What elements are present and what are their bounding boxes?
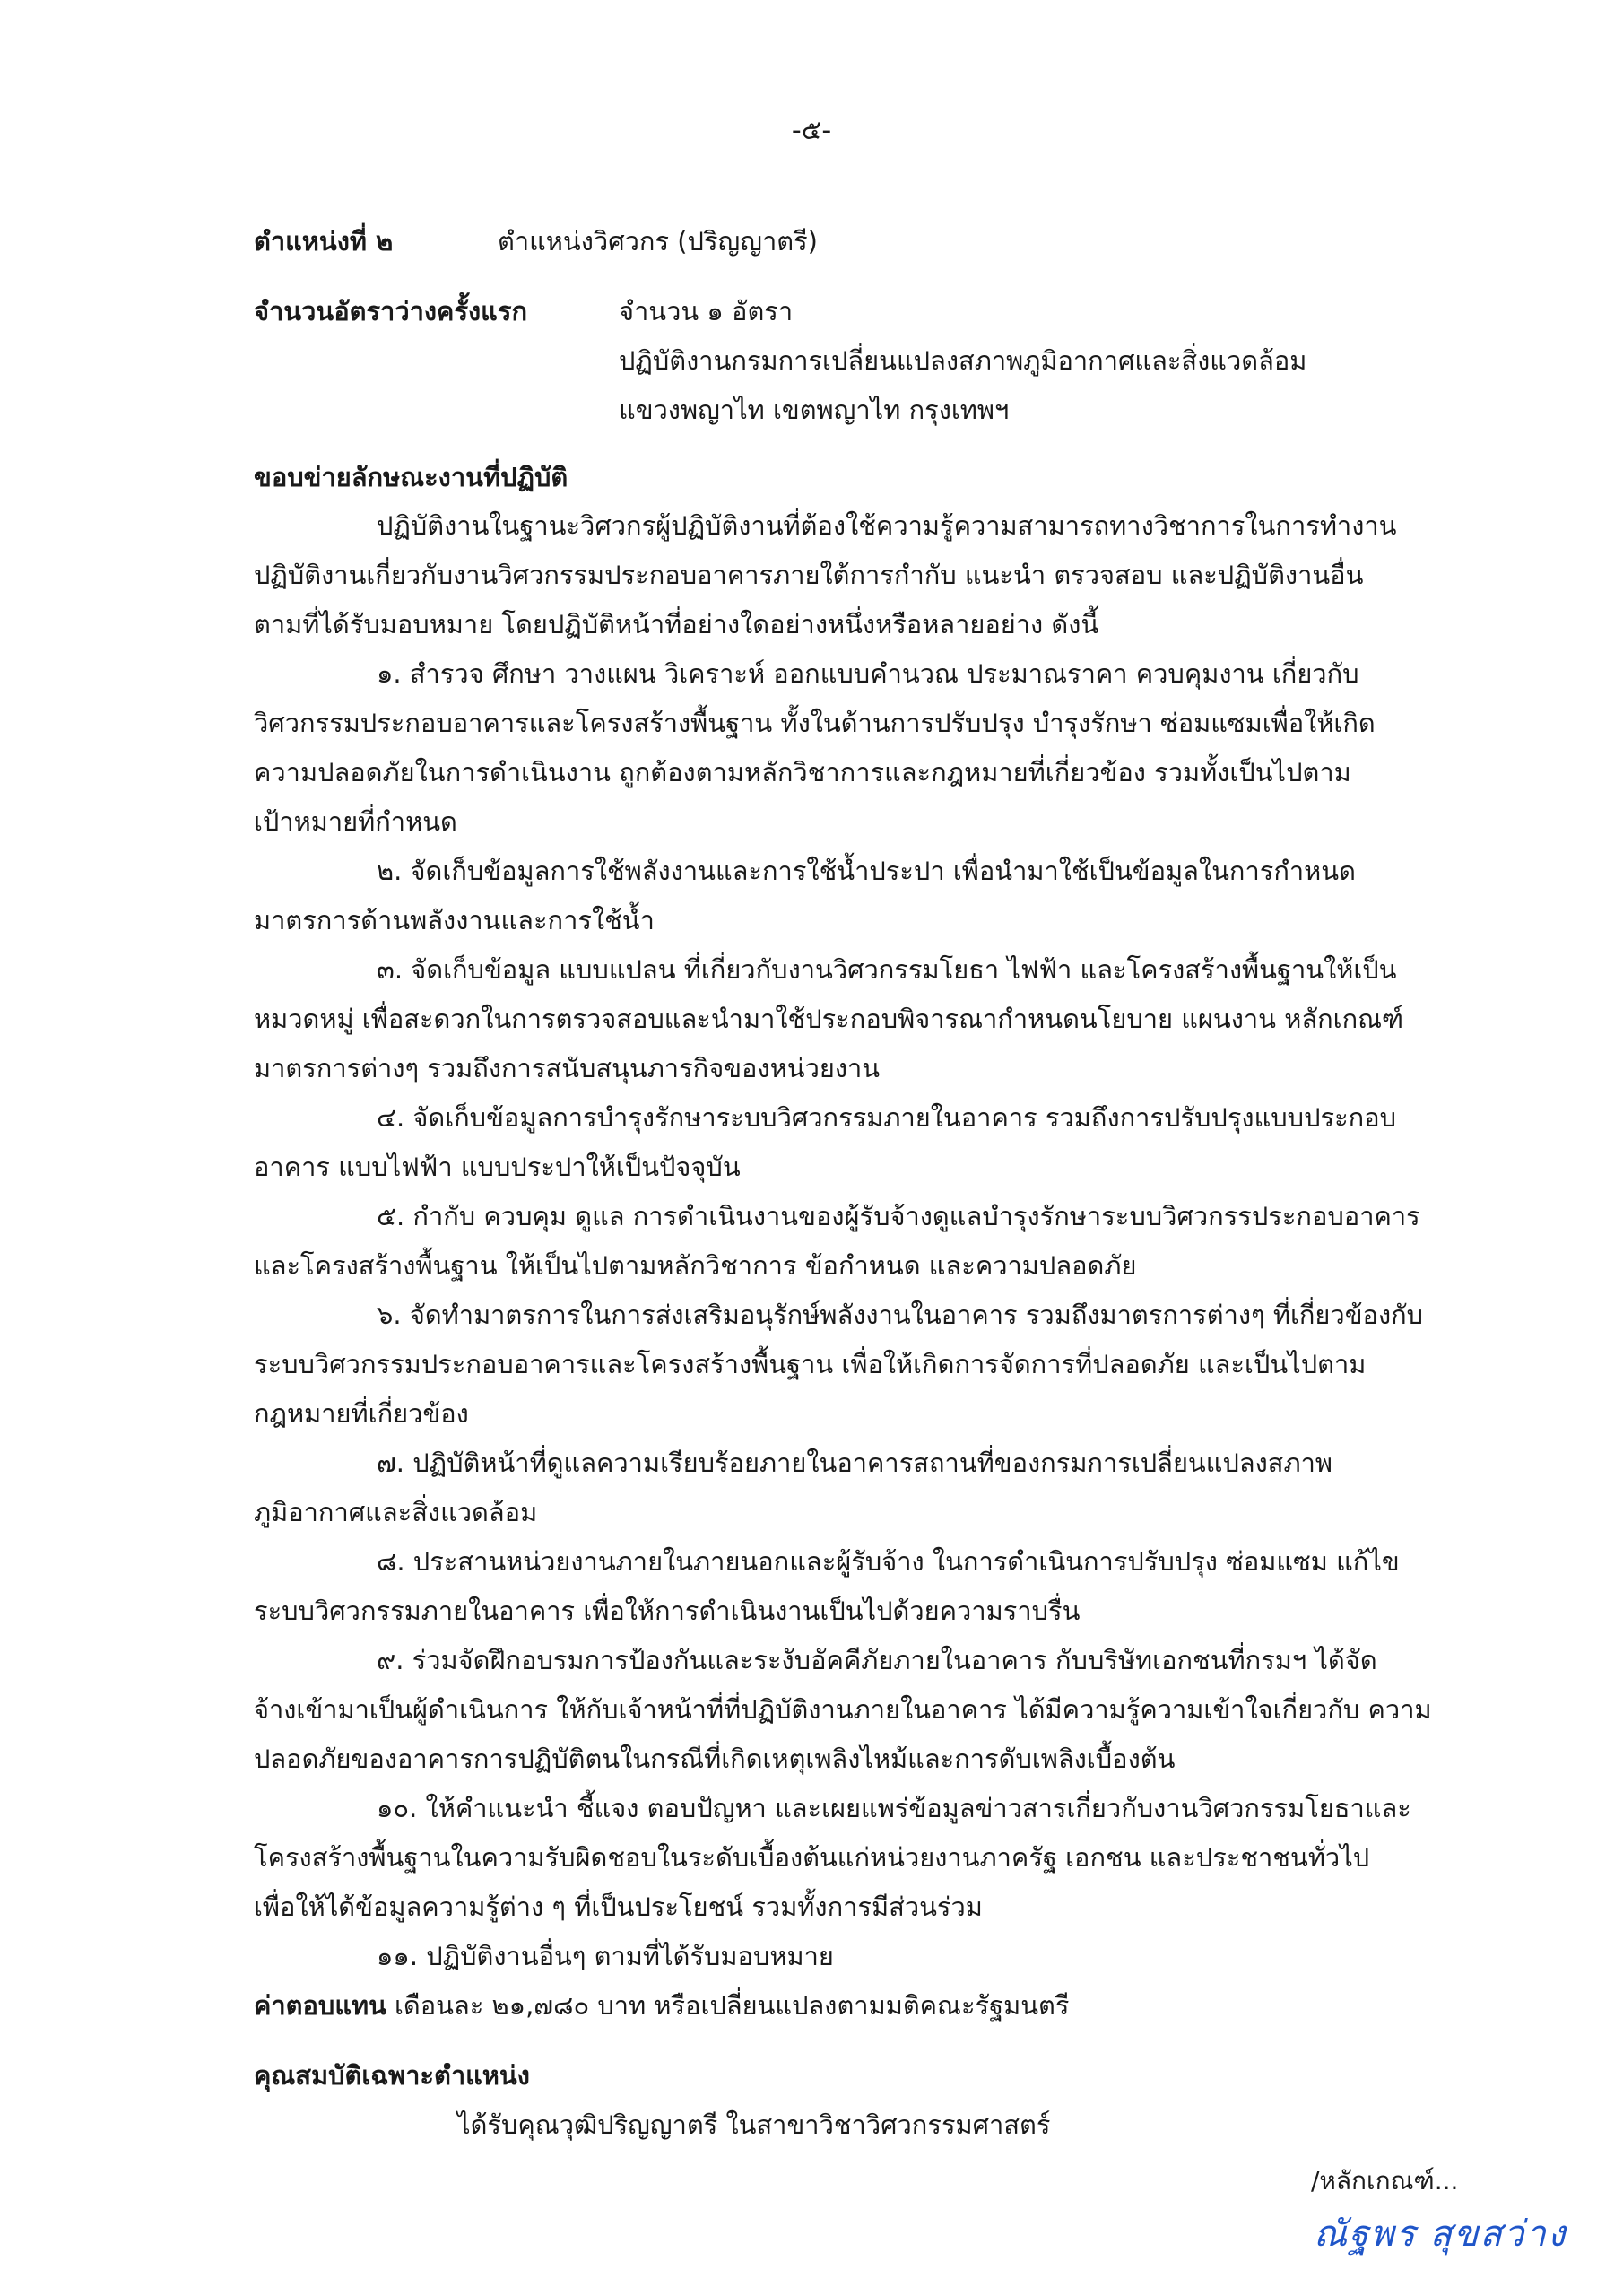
duties-heading: ขอบข่ายลักษณะงานที่ปฏิบัติ xyxy=(254,465,568,491)
qualifications-text: ได้รับคุณวุฒิปริญญาตรี ในสาขาวิชาวิศวกรร… xyxy=(457,2112,1050,2138)
vacancy-count: จำนวน ๑ อัตรา xyxy=(619,299,793,325)
duty-line: ปลอดภัยของอาคารการปฏิบัติตนในกรณีที่เกิด… xyxy=(254,1746,1175,1772)
duty-line: ๕. กำกับ ควบคุม ดูแล การดำเนินงานของผู้ร… xyxy=(377,1204,1420,1230)
vacancy-location-line1: ปฏิบัติงานกรมการเปลี่ยนแปลงสภาพภูมิอากาศ… xyxy=(619,348,1306,374)
duty-line: มาตรการด้านพลังงานและการใช้น้ำ xyxy=(254,908,655,934)
duty-line: ๓. จัดเก็บข้อมูล แบบแปลน ที่เกี่ยวกับงาน… xyxy=(377,957,1397,983)
position-label: ตำแหน่งที่ ๒ xyxy=(254,229,393,255)
duty-line: จ้างเข้ามาเป็นผู้ดำเนินการ ให้กับเจ้าหน้… xyxy=(254,1697,1432,1723)
duty-line: ๖. จัดทำมาตรการในการส่งเสริมอนุรักษ์พลัง… xyxy=(377,1302,1423,1328)
duty-line: ๘. ประสานหน่วยงานภายในภายนอกและผู้รับจ้า… xyxy=(377,1549,1400,1575)
signature: ณัฐพร สุขสว่าง xyxy=(1314,2205,1567,2262)
duty-line: ระบบวิศวกรรมประกอบอาคารและโครงสร้างพื้นฐ… xyxy=(254,1352,1366,1378)
duty-line: ๑๐. ให้คำแนะนำ ชี้แจง ตอบปัญหา และเผยแพร… xyxy=(377,1796,1411,1822)
duty-line: ความปลอดภัยในการดำเนินงาน ถูกต้องตามหลัก… xyxy=(254,760,1351,786)
duty-line: ๔. จัดเก็บข้อมูลการบำรุงรักษาระบบวิศวกรร… xyxy=(377,1105,1396,1131)
duty-line: ๗. ปฏิบัติหน้าที่ดูแลความเรียบร้อยภายในอ… xyxy=(377,1450,1332,1476)
duty-line: โครงสร้างพื้นฐานในความรับผิดชอบในระดับเบ… xyxy=(254,1845,1369,1871)
duty-line: ๙. ร่วมจัดฝึกอบรมการป้องกันและระงับอัคคี… xyxy=(377,1648,1377,1674)
compensation-label: ค่าตอบแทน xyxy=(254,1993,386,2019)
vacancy-location-line2: แขวงพญาไท เขตพญาไท กรุงเทพฯ xyxy=(619,397,1009,423)
duty-line: ๑๑. ปฏิบัติงานอื่นๆ ตามที่ได้รับมอบหมาย xyxy=(377,1944,834,1970)
duty-line: ๑. สำรวจ ศึกษา วางแผน วิเคราะห์ ออกแบบคำ… xyxy=(377,661,1359,687)
duty-line: วิศวกรรมประกอบอาคารและโครงสร้างพื้นฐาน ท… xyxy=(254,710,1376,736)
qualifications-heading: คุณสมบัติเฉพาะตำแหน่ง xyxy=(254,2063,530,2089)
duty-line: ตามที่ได้รับมอบหมาย โดยปฏิบัติหน้าที่อย่… xyxy=(254,612,1098,638)
vacancy-label: จำนวนอัตราว่างครั้งแรก xyxy=(254,299,527,325)
duty-line: และโครงสร้างพื้นฐาน ให้เป็นไปตามหลักวิชา… xyxy=(254,1253,1136,1279)
duty-line: มาตรการต่างๆ รวมถึงการสนับสนุนภารกิจของห… xyxy=(254,1056,880,1082)
duty-line: เพื่อให้ได้ข้อมูลความรู้ต่าง ๆ ที่เป็นปร… xyxy=(254,1894,983,1920)
duty-line: เป้าหมายที่กำหนด xyxy=(254,809,457,835)
page-number: -๕- xyxy=(0,109,1623,152)
duty-line: ปฏิบัติงานเกี่ยวกับงานวิศวกรรมประกอบอาคา… xyxy=(254,562,1363,588)
duty-line: ปฏิบัติงานในฐานะวิศวกรผู้ปฏิบัติงานที่ต้… xyxy=(377,513,1397,539)
duty-line: ๒. จัดเก็บข้อมูลการใช้พลังงานและการใช้น้… xyxy=(377,858,1356,884)
duty-line: หมวดหมู่ เพื่อสะดวกในการตรวจสอบและนำมาใช… xyxy=(254,1006,1403,1032)
duty-line: ระบบวิศวกรรมภายในอาคาร เพื่อให้การดำเนิน… xyxy=(254,1598,1080,1624)
duty-line: อาคาร แบบไฟฟ้า แบบประปาให้เป็นปัจจุบัน xyxy=(254,1154,741,1180)
duty-line: ภูมิอากาศและสิ่งแวดล้อม xyxy=(254,1500,537,1526)
duty-line: กฎหมายที่เกี่ยวข้อง xyxy=(254,1401,469,1427)
compensation-text: เดือนละ ๒๑,๗๘๐ บาท หรือเปลี่ยนแปลงตามมติ… xyxy=(395,1993,1069,2019)
position-title: ตำแหน่งวิศวกร (ปริญญาตรี) xyxy=(498,229,818,255)
continuation-note: /หลักเกณฑ์... xyxy=(1311,2161,1458,2201)
